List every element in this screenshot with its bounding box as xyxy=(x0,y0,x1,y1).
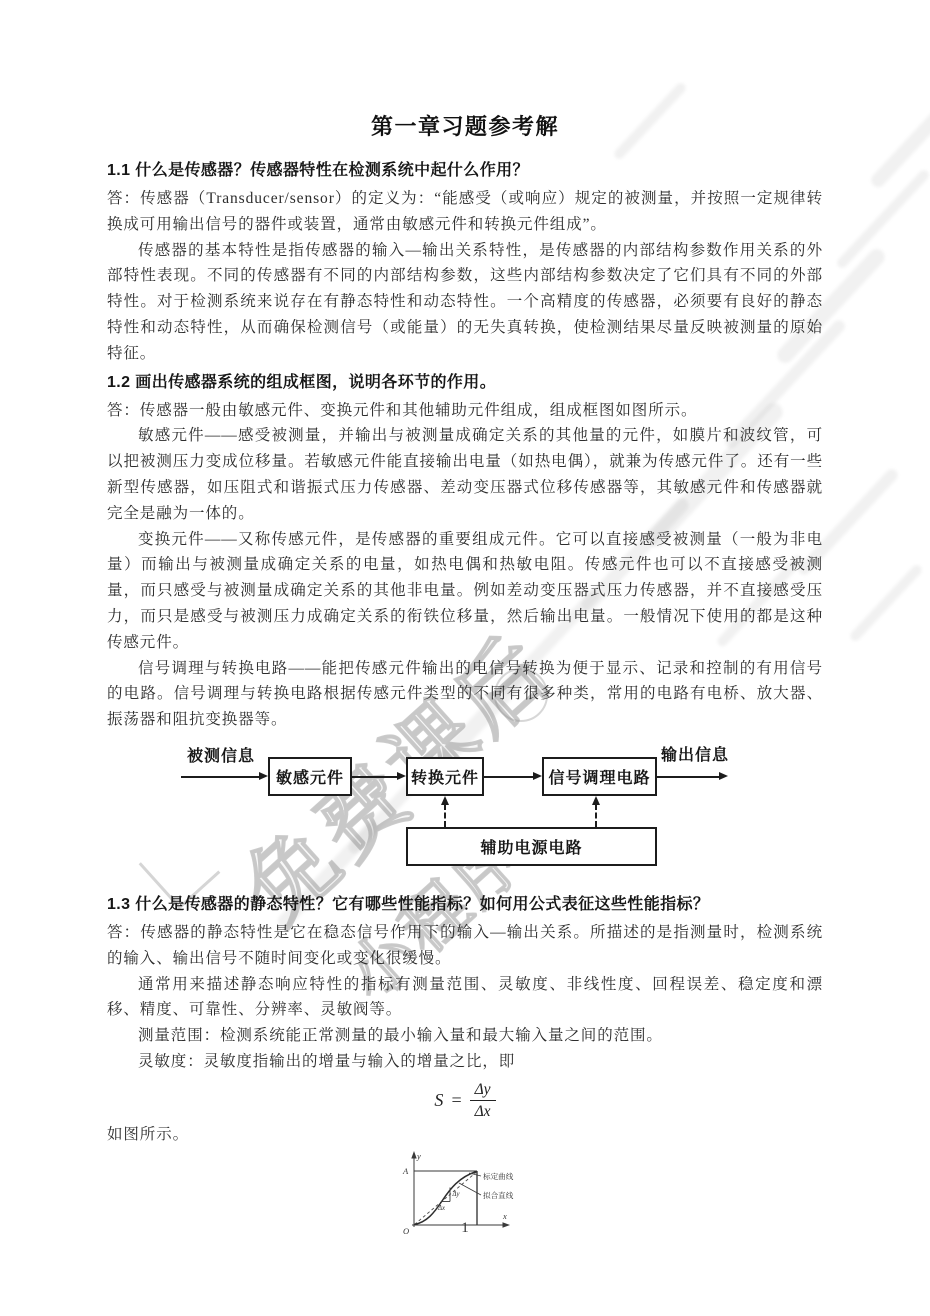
watermark-streak xyxy=(848,563,924,643)
answer-paragraph: 答：传感器一般由敏感元件、变换元件和其他辅助元件组成，组成框图如图所示。 xyxy=(107,398,823,424)
page-number: 1 xyxy=(0,1220,930,1237)
diagram-box-sensitive-element: 敏感元件 xyxy=(268,757,352,796)
answer-paragraph: 答：传感器的静态特性是它在稳态信号作用下的输入—输出关系。所描述的是指测量时，检… xyxy=(107,920,823,972)
delta-x-label: Δx xyxy=(437,1205,445,1212)
answer-paragraph: 敏感元件——感受被测量，并输出与被测量成确定关系的其他量的元件，如膜片和波纹管，… xyxy=(107,423,823,526)
formula-lhs: S xyxy=(434,1090,443,1111)
leader-line xyxy=(459,1183,481,1195)
fitted-line xyxy=(415,1172,477,1225)
answer-paragraph: 灵敏度：灵敏度指输出的增量与输入的增量之比，即 xyxy=(107,1049,823,1075)
arrow-right-icon xyxy=(533,772,542,780)
answer-paragraph: 通常用来描述静态响应特性的指标有测量范围、灵敏度、非线性度、回程误差、稳定度和漂… xyxy=(107,972,823,1024)
answer-paragraph: 测量范围：检测系统能正常测量的最小输入量和最大输入量之间的范围。 xyxy=(107,1023,823,1049)
diagram-box-signal-conditioning: 信号调理电路 xyxy=(542,757,657,796)
question-1-3-heading: 1.3 什么是传感器的静态特性？它有哪些性能指标？如何用公式表征这些性能指标？ xyxy=(107,893,823,917)
answer-paragraph: 传感器的基本特性是指传感器的输入—输出关系特性，是传感器的内部结构参数作用关系的… xyxy=(107,238,823,367)
line-label: 拟合直线 xyxy=(483,1190,514,1200)
question-1-1-heading: 1.1 什么是传感器？传感器特性在检测系统中起什么作用？ xyxy=(107,159,823,183)
formula-equals: = xyxy=(450,1090,462,1111)
flow-line xyxy=(352,776,397,778)
flow-line xyxy=(484,776,533,778)
flow-line xyxy=(181,776,260,778)
document-page: 免费课后 小程序 第一章习题参考解 1.1 什么是传感器？传感器特性在检测系统中… xyxy=(0,0,930,1316)
dashed-line xyxy=(444,804,446,827)
diagram-output-label: 输出信息 xyxy=(661,742,729,765)
arrow-right-icon xyxy=(259,772,268,780)
formula-denominator: Δx xyxy=(470,1100,496,1121)
page-title: 第一章习题参考解 xyxy=(107,110,823,141)
question-1-2-heading: 1.2 画出传感器系统的组成框图，说明各环节的作用。 xyxy=(107,371,823,395)
calibration-curve-figure: y x A O Δy Δx 标定曲线 拟合直线 xyxy=(107,1150,823,1256)
flow-line xyxy=(657,776,719,778)
watermark-streak xyxy=(835,168,930,270)
sensitivity-formula: S = Δy Δx xyxy=(107,1081,823,1121)
curve-label: 标定曲线 xyxy=(483,1171,514,1181)
formula-fraction: Δy Δx xyxy=(470,1081,496,1121)
answer-paragraph: 信号调理与转换电路——能把传感元件输出的电信号转换为便于显示、记录和控制的有用信… xyxy=(107,656,823,733)
point-a-label: A xyxy=(402,1166,409,1176)
arrow-right-icon xyxy=(719,772,728,780)
document-content: 第一章习题参考解 1.1 什么是传感器？传感器特性在检测系统中起什么作用？ 答：… xyxy=(107,110,823,1256)
answer-paragraph: 答：传感器（Transducer/sensor）的定义为：“能感受（或响应）规定… xyxy=(107,186,823,238)
y-axis-arrow-icon xyxy=(411,1151,416,1159)
watermark-streak xyxy=(868,100,930,190)
dashed-line xyxy=(595,804,597,827)
sensor-system-block-diagram: 被测信息 敏感元件 转换元件 信号调理电路 输出信息 辅助电源电路 xyxy=(107,739,823,887)
answer-paragraph: 变换元件——又称传感元件，是传感器的重要组成元件。它可以直接感受被测量（一般为非… xyxy=(107,527,823,656)
figure-intro-text: 如图所示。 xyxy=(107,1122,823,1148)
y-axis-label: y xyxy=(416,1151,421,1161)
formula-numerator: Δy xyxy=(470,1081,496,1100)
diagram-input-label: 被测信息 xyxy=(187,743,255,766)
diagram-box-transducing-element: 转换元件 xyxy=(406,757,484,796)
arrow-right-icon xyxy=(397,772,406,780)
calibration-curve-plot: y x A O Δy Δx 标定曲线 拟合直线 xyxy=(399,1150,559,1256)
delta-y-label: Δy xyxy=(452,1191,461,1198)
diagram-box-auxiliary-power: 辅助电源电路 xyxy=(406,827,657,866)
